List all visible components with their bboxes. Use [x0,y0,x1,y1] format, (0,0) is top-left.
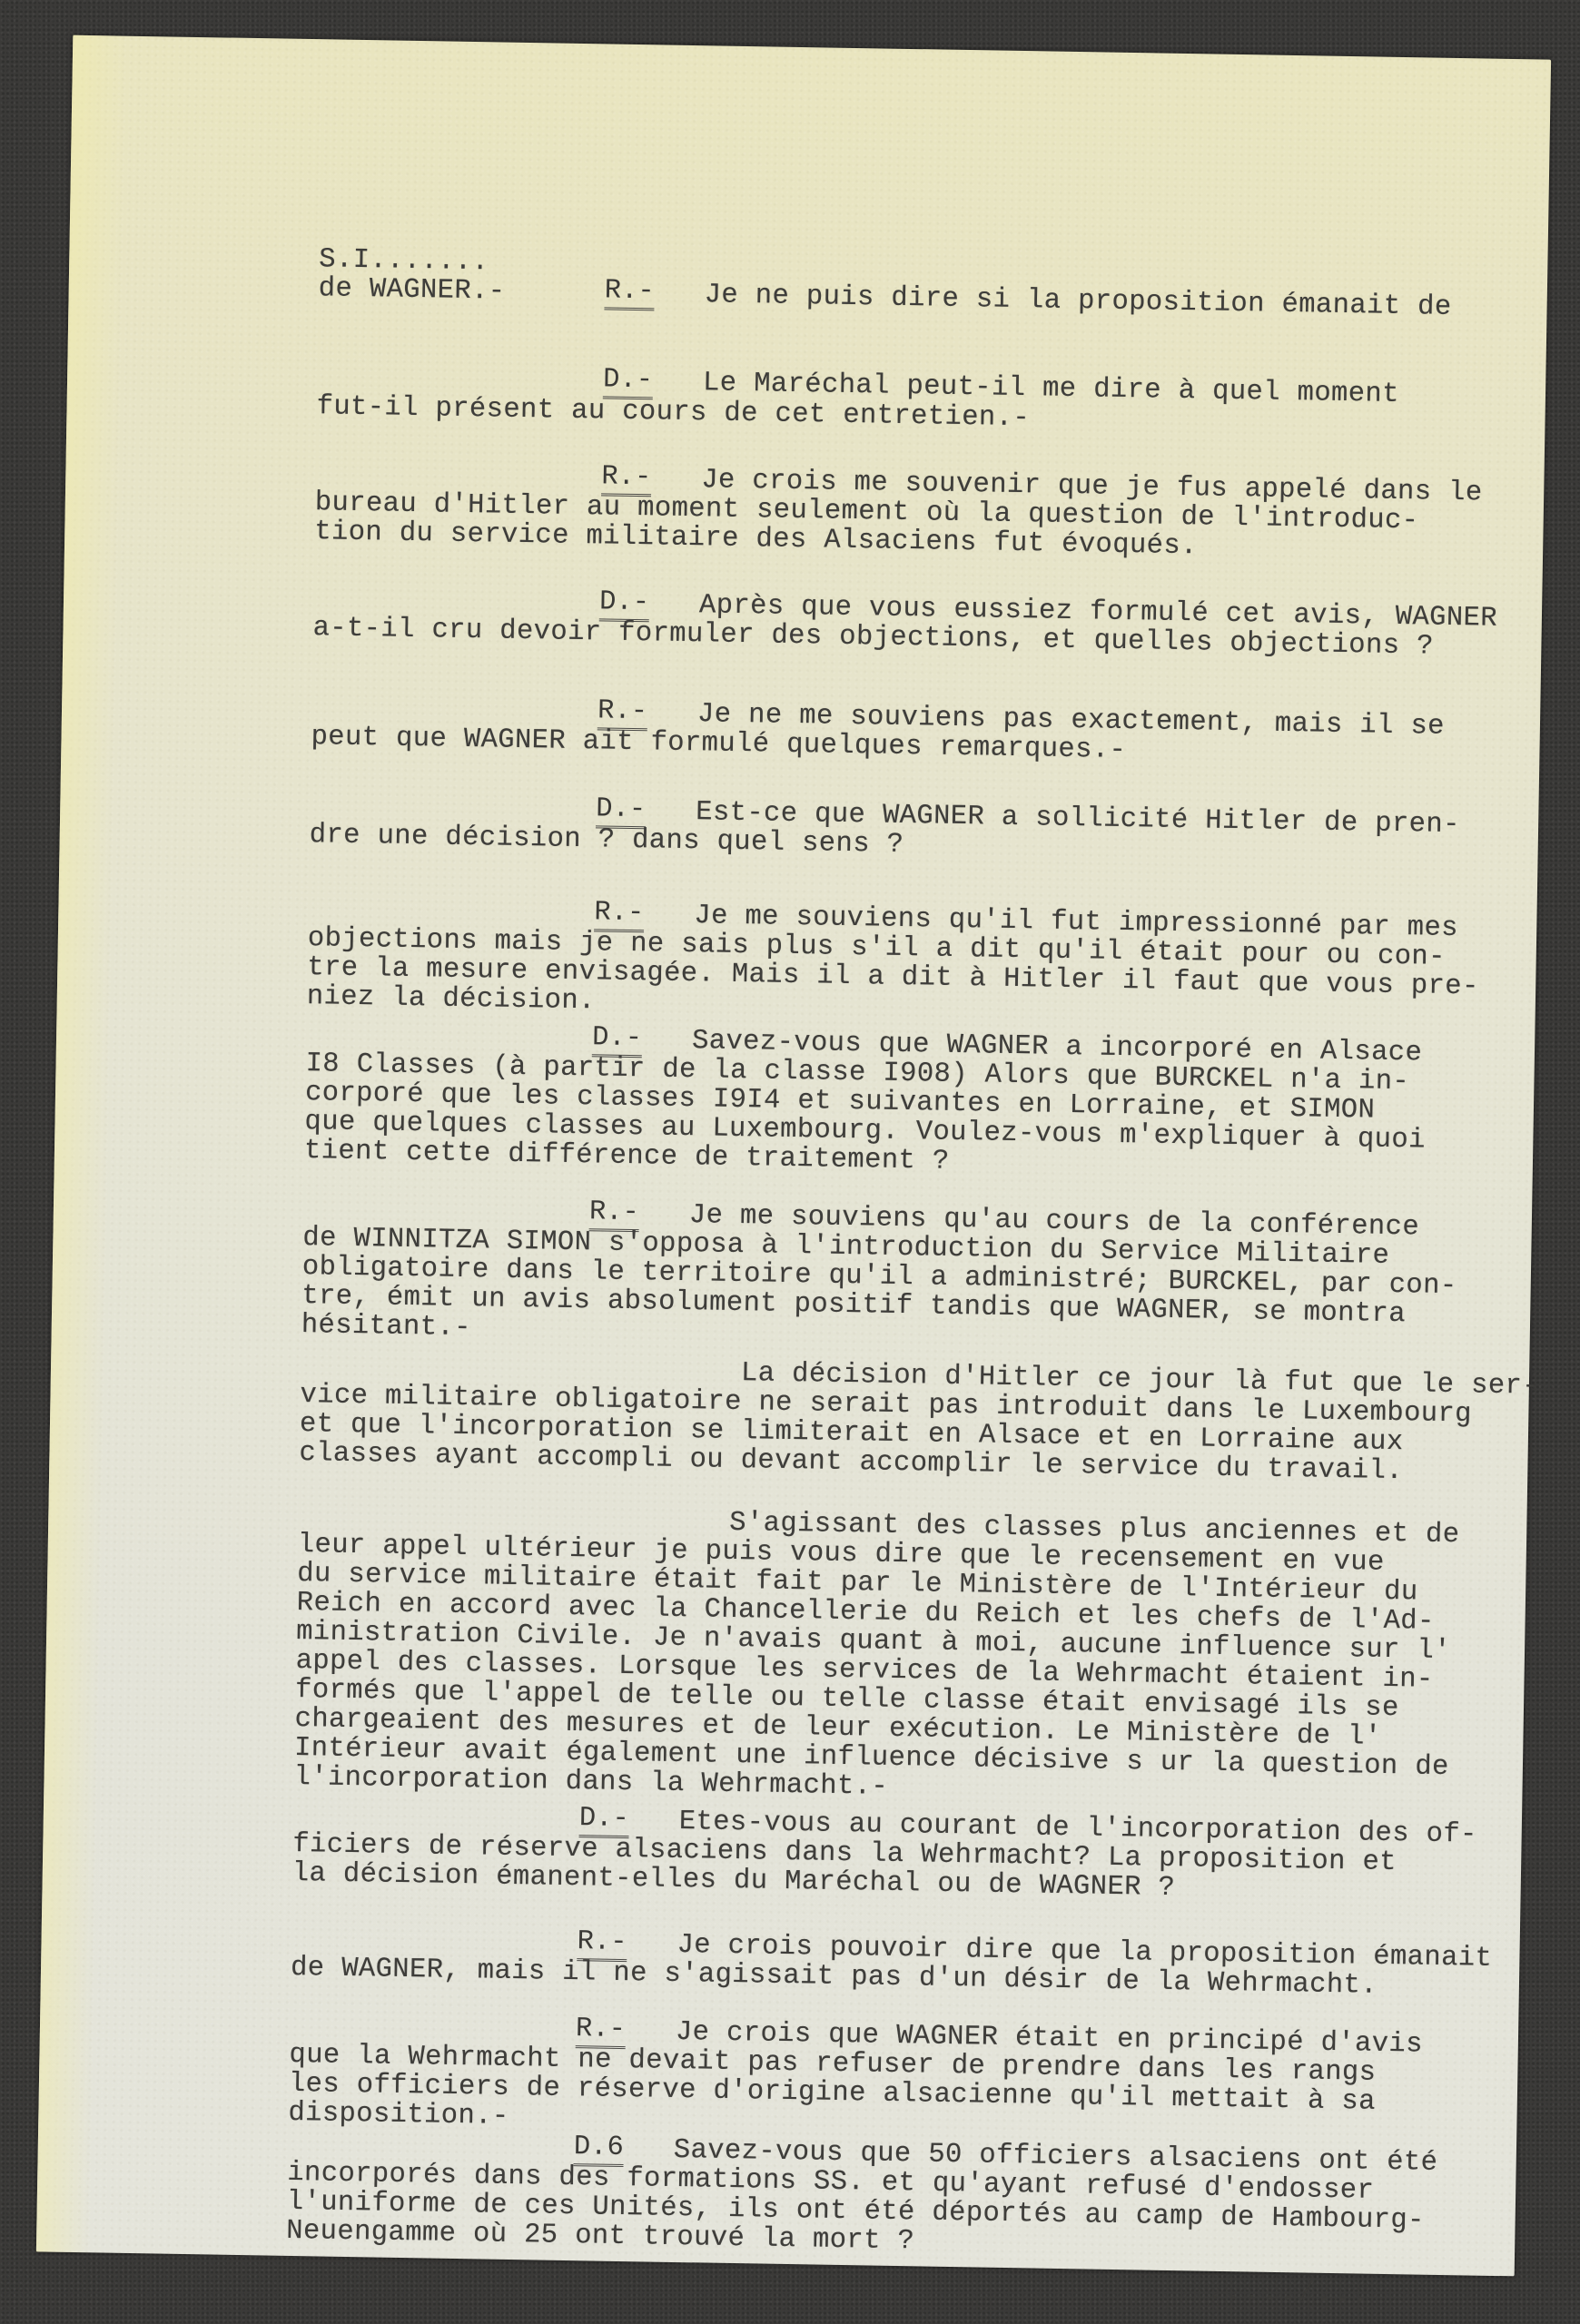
question-marker: D.- [599,586,650,622]
answer-marker: R.- [576,2014,627,2049]
answer-line: niez la décision. [307,981,596,1017]
typewritten-page: S.I....... de WAGNER.- R.- Je ne puis di… [36,35,1551,2277]
answer-line: Je ne puis dire si la proposition émanai… [704,280,1451,323]
question-marker: D.- [592,1022,643,1058]
question-marker: D.- [596,793,647,829]
question-marker: D.- [579,1803,630,1838]
answer-line: disposition.- [288,2098,509,2132]
answer-marker: R.- [577,1926,627,1962]
reference-subject: de WAGNER.- [318,273,505,307]
answer-marker: R.- [604,275,655,310]
answer-marker: R.- [594,897,645,932]
question-marker: D.- [603,364,654,399]
question-marker: D.6 [574,2132,625,2167]
answer-line: hésitant.- [301,1310,472,1344]
answer-marker: R.- [601,461,652,497]
answer-marker: R.- [597,695,648,731]
continuation-mark: ...../... [1207,2277,1371,2310]
answer-marker: R.- [589,1196,640,1232]
